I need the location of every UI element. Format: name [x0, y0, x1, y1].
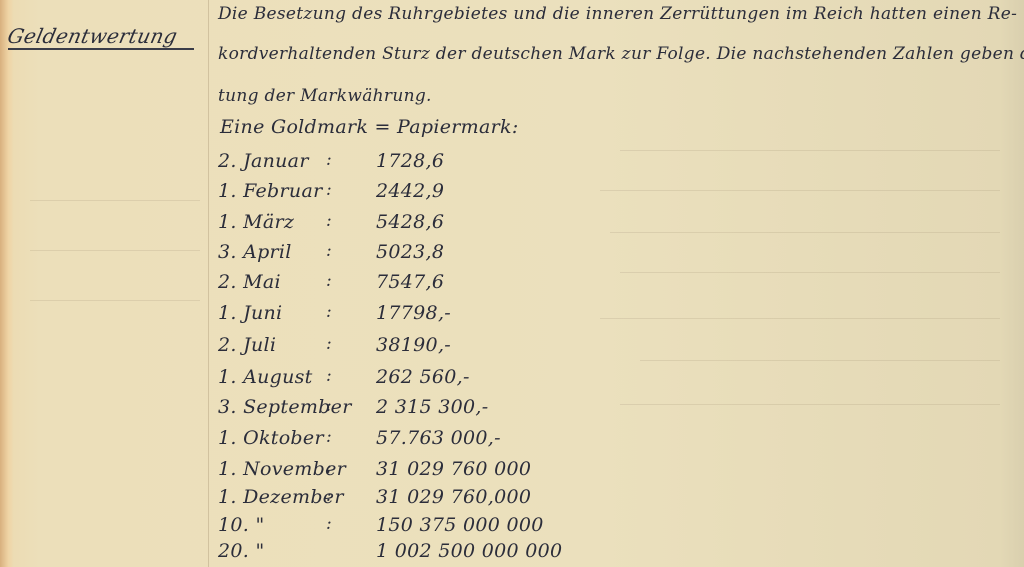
bleed-through-line: [620, 272, 1000, 273]
row-colon: :: [326, 366, 332, 386]
row-colon: :: [326, 458, 332, 478]
row-date: 10. ": [218, 514, 265, 536]
paragraph-line-2: kordverhaltenden Sturz der deutschen Mar…: [218, 44, 1024, 64]
margin-rule: [208, 0, 209, 567]
row-value: 1 002 500 000 000: [376, 540, 562, 562]
row-date: 2. Januar: [218, 150, 309, 172]
row-colon: :: [326, 334, 332, 354]
row-date: 1. Februar: [218, 180, 322, 202]
table-heading: Eine Goldmark = Papiermark:: [220, 116, 519, 138]
row-colon: :: [326, 150, 332, 170]
row-date: 2. Juli: [218, 334, 276, 356]
paragraph-line-1: Die Besetzung des Ruhrgebietes und die i…: [218, 4, 1017, 24]
row-date: 2. Mai: [218, 271, 281, 293]
row-colon: :: [326, 271, 332, 291]
row-date: 1. Oktober: [218, 427, 324, 449]
row-value: 57.763 000,-: [376, 427, 501, 449]
bleed-through-line: [30, 300, 200, 301]
bleed-through-line: [620, 150, 1000, 151]
bleed-through-line: [640, 360, 1000, 361]
bleed-through-line: [600, 318, 1000, 319]
ledger-page: Geldentwertung Die Besetzung des Ruhrgeb…: [0, 0, 1024, 567]
row-value: 17798,-: [376, 302, 451, 324]
row-colon: :: [326, 180, 332, 200]
row-value: 38190,-: [376, 334, 451, 356]
row-date: 20. ": [218, 540, 265, 562]
paragraph-line-3: tung der Markwährung.: [218, 86, 432, 106]
bleed-through-line: [30, 200, 200, 201]
bleed-through-line: [30, 250, 200, 251]
page-binding-edge: [0, 0, 14, 567]
row-date: 1. Juni: [218, 302, 282, 324]
margin-heading: Geldentwertung: [5, 24, 179, 48]
bleed-through-line: [620, 404, 1000, 405]
row-value: 2442,9: [376, 180, 444, 202]
row-value: 262 560,-: [376, 366, 470, 388]
row-colon: :: [326, 396, 332, 416]
row-value: 5428,6: [376, 211, 444, 233]
row-date: 3. April: [218, 241, 292, 263]
row-colon: :: [326, 514, 332, 534]
row-colon: :: [326, 211, 332, 231]
row-colon: :: [326, 486, 332, 506]
row-value: 31 029 760,000: [376, 486, 531, 508]
row-value: 150 375 000 000: [376, 514, 544, 536]
row-value: 31 029 760 000: [376, 458, 531, 480]
row-date: 1. März: [218, 211, 294, 233]
row-value: 2 315 300,-: [376, 396, 488, 418]
heading-underline: [8, 48, 194, 50]
row-date: 1. August: [218, 366, 313, 388]
bleed-through-line: [600, 190, 1000, 191]
row-value: 5023,8: [376, 241, 444, 263]
row-date: 1. Dezember: [218, 486, 344, 508]
row-value: 7547,6: [376, 271, 444, 293]
row-value: 1728,6: [376, 150, 444, 172]
bleed-through-line: [610, 232, 1000, 233]
row-colon: :: [326, 241, 332, 261]
row-colon: :: [326, 302, 332, 322]
row-colon: :: [326, 427, 332, 447]
